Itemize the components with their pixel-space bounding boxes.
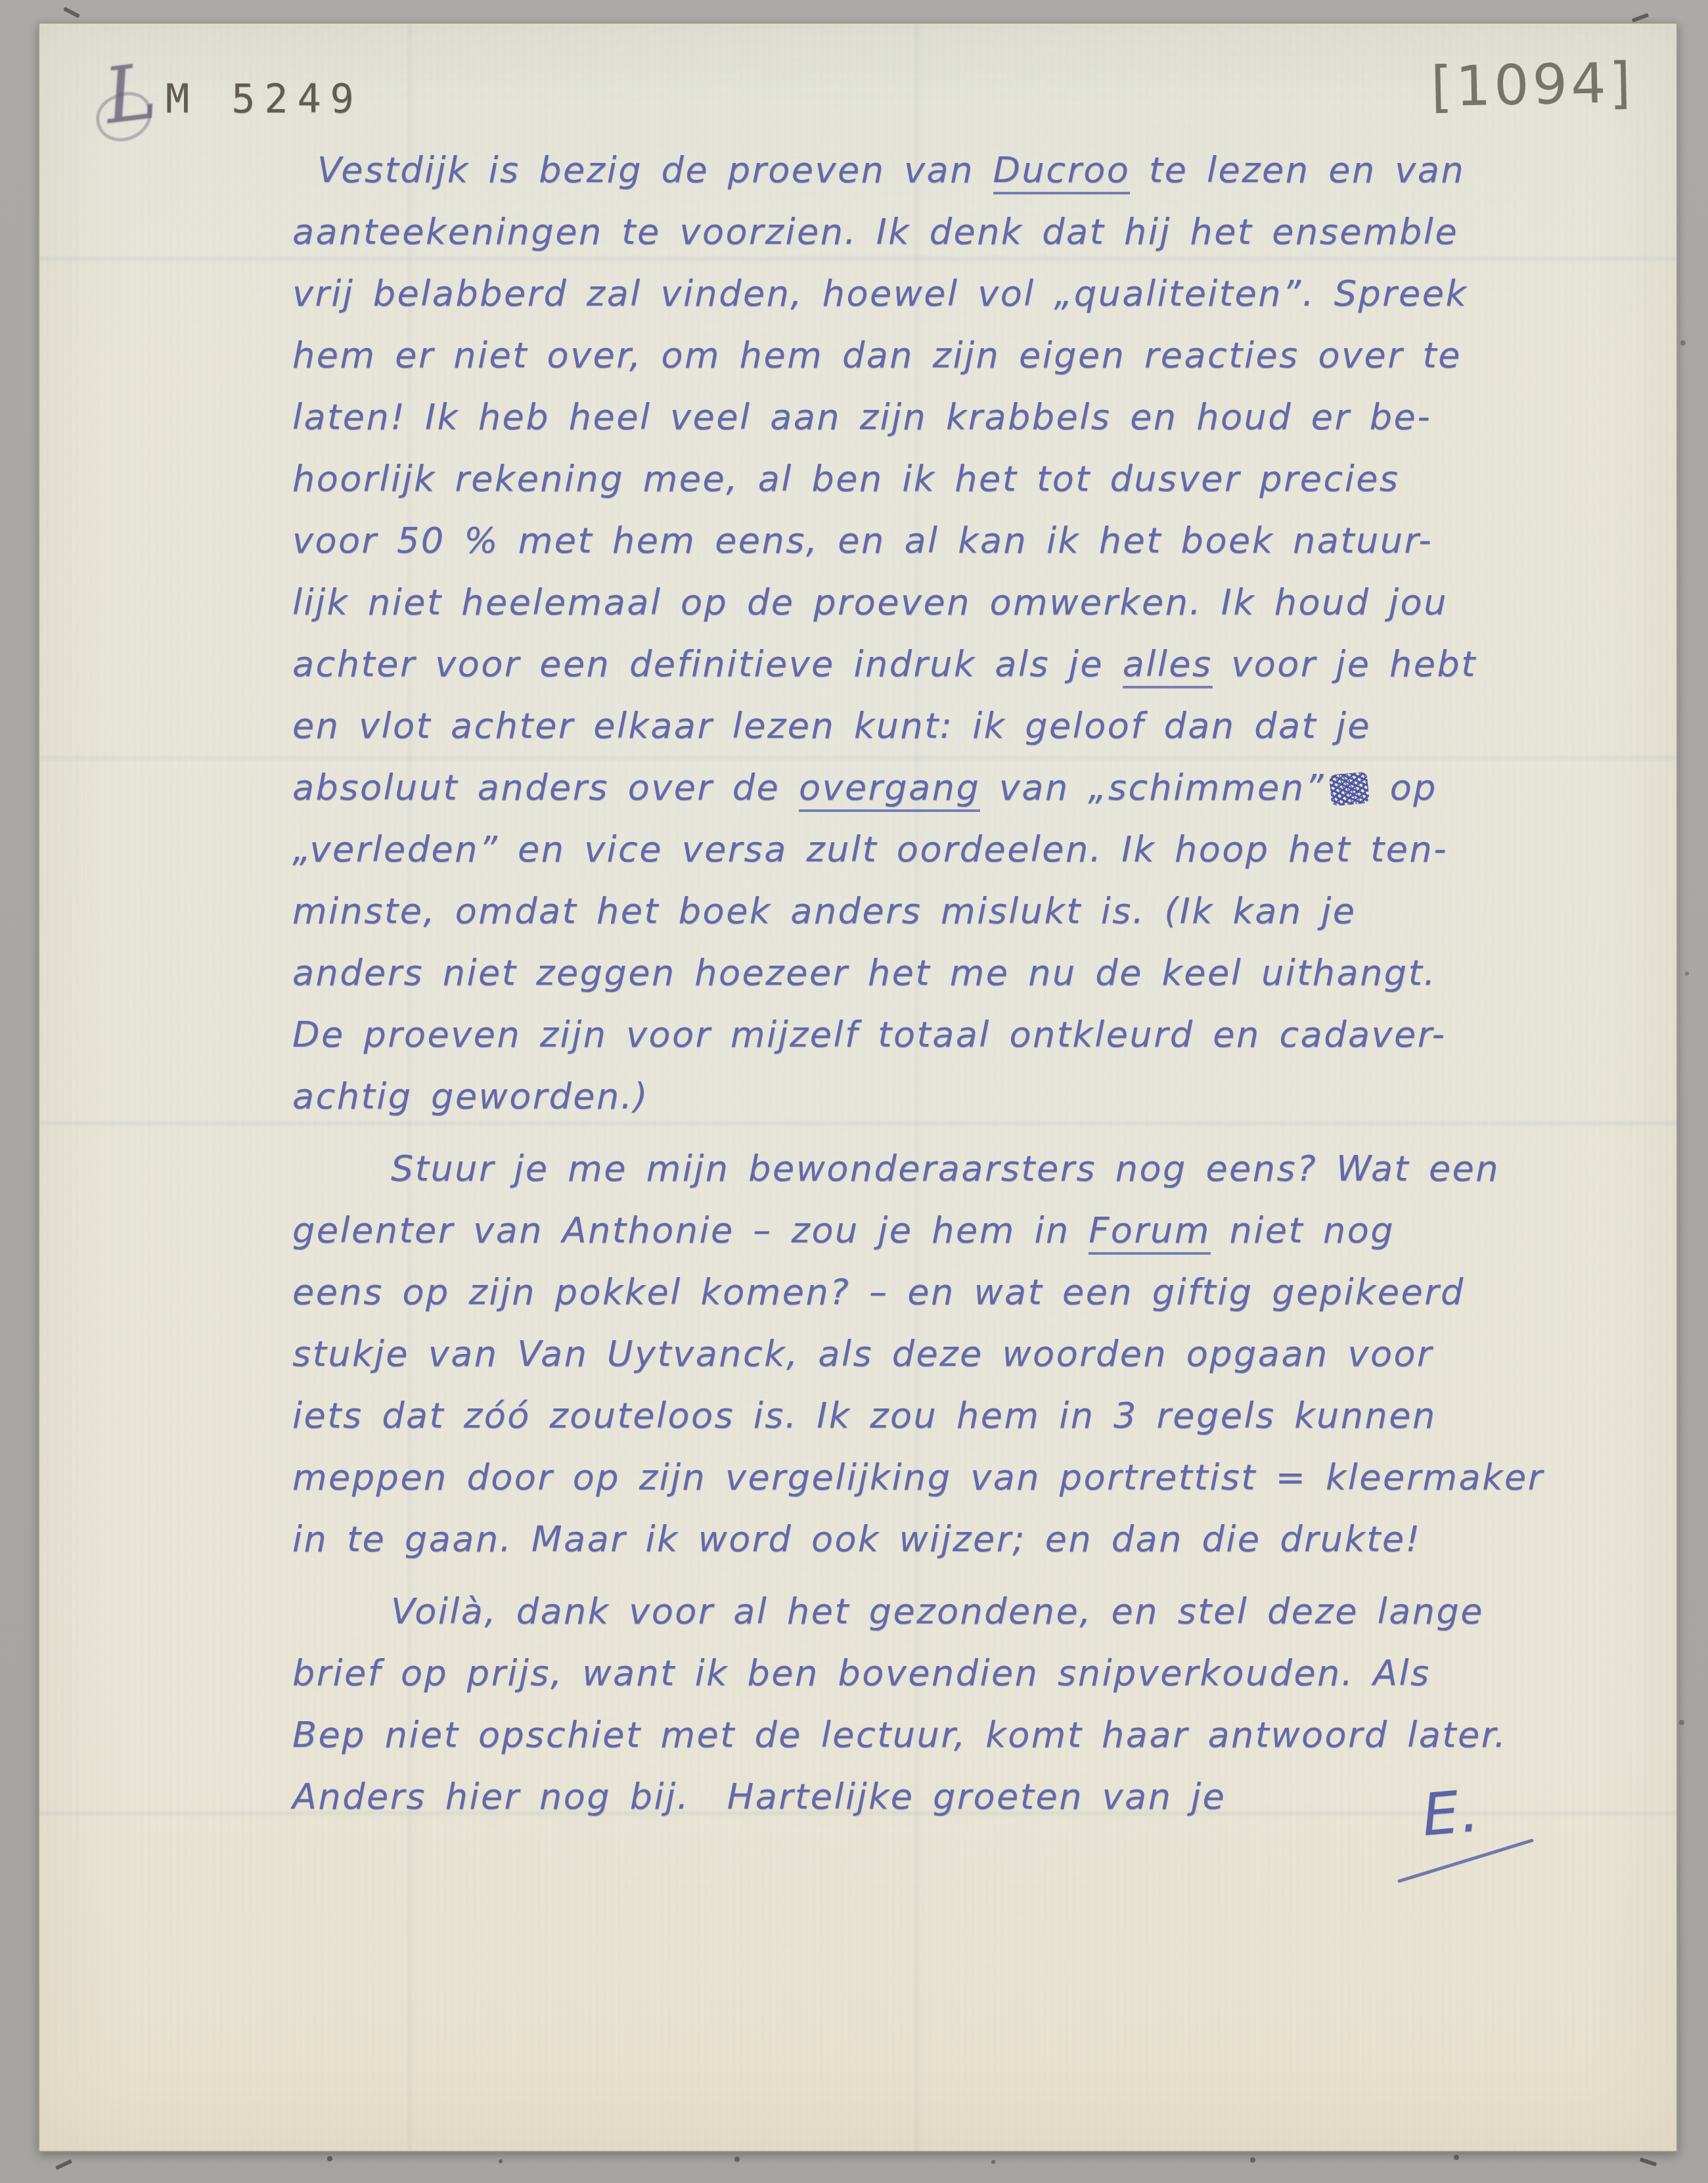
text-segment: minste, omdat het boek anders mislukt is… (292, 890, 1357, 932)
text-segment: in te gaan. Maar ik word ook wijzer; en … (292, 1518, 1422, 1560)
letter-line: voor 50 % met hem eens, en al kan ik het… (292, 510, 1646, 572)
letter-line: Vestdijk is bezig de proeven van Ducroo … (292, 139, 1646, 201)
letter-line: Voilà, dank voor al het gezondene, en st… (292, 1581, 1646, 1642)
signature-initial: E. (1420, 1776, 1483, 1849)
letter-line: hem er niet over, om hem dan zijn eigen … (292, 325, 1646, 386)
letter-line: laten! Ik heb heel veel aan zijn krabbel… (292, 386, 1646, 448)
text-segment: niet nog (1211, 1209, 1395, 1251)
text-segment: „verleden” en vice versa zult oordeelen.… (292, 828, 1448, 870)
text-segment: achter voor een definitieve indruk als j… (292, 643, 1123, 685)
letter-line: vrij belabberd zal vinden, hoewel vol „q… (292, 263, 1646, 325)
dust-specks (0, 0, 3, 3)
text-segment: aanteekeningen te voorzien. Ik denk dat … (292, 211, 1458, 252)
letter-line: achter voor een definitieve indruk als j… (292, 633, 1646, 695)
letter-paragraph: Stuur je me mijn bewonderaarsters nog ee… (292, 1138, 1646, 1570)
letter-line: en vlot achter elkaar lezen kunt: ik gel… (292, 695, 1646, 757)
underlined-word: Forum (1089, 1209, 1211, 1255)
underlined-word: Ducroo (993, 149, 1131, 194)
text-segment: op (1371, 767, 1437, 808)
archive-number-stamp: M 5249 (166, 76, 363, 122)
text-segment: Voilà, dank voor al het gezondene, en st… (391, 1590, 1484, 1632)
text-segment: eens op zijn pokkel komen? – en wat een … (292, 1271, 1465, 1313)
letter-line: minste, omdat het boek anders mislukt is… (292, 880, 1646, 942)
letter-line: Bep niet opschiet met de lectuur, komt h… (292, 1704, 1646, 1766)
letter-line: „verleden” en vice versa zult oordeelen.… (292, 819, 1646, 880)
text-segment: hoorlijk rekening mee, al ben ik het tot… (292, 458, 1400, 499)
letter-paragraph: Vestdijk is bezig de proeven van Ducroo … (292, 139, 1646, 1127)
letter-body: Vestdijk is bezig de proeven van Ducroo … (292, 139, 1646, 1828)
text-segment: Vestdijk is bezig de proeven van (317, 149, 993, 191)
corner-mark (55, 2159, 72, 2170)
text-segment: gelenter van Anthonie – zou je hem in (292, 1209, 1089, 1251)
corner-mark (1640, 2157, 1657, 2167)
letter-line: brief op prijs, want ik ben bovendien sn… (292, 1642, 1646, 1704)
letter-line: anders niet zeggen hoezeer het me nu de … (292, 942, 1646, 1004)
text-segment: De proeven zijn voor mijzelf totaal ontk… (292, 1014, 1446, 1055)
letter-line: lijk niet heelemaal op de proeven omwerk… (292, 572, 1646, 633)
text-segment: te lezen en van (1130, 149, 1465, 191)
letter-line: eens op zijn pokkel komen? – en wat een … (292, 1261, 1646, 1323)
archive-stamp: L M 5249 (105, 56, 156, 133)
letter-line: meppen door op zijn vergelijking van por… (292, 1447, 1646, 1508)
letter-line: in te gaan. Maar ik word ook wijzer; en … (292, 1508, 1646, 1570)
corner-mark (1632, 13, 1649, 23)
letter-line: iets dat zóó zouteloos is. Ik zou hem in… (292, 1385, 1646, 1447)
text-segment: laten! Ik heb heel veel aan zijn krabbel… (292, 396, 1431, 438)
letter-line: aanteekeningen te voorzien. Ik denk dat … (292, 201, 1646, 263)
letter-line: gelenter van Anthonie – zou je hem in Fo… (292, 1200, 1646, 1261)
text-segment: meppen door op zijn vergelijking van por… (292, 1456, 1544, 1498)
text-segment: Bep niet opschiet met de lectuur, komt h… (292, 1714, 1507, 1755)
underlined-word: alles (1123, 643, 1213, 688)
text-segment: vrij belabberd zal vinden, hoewel vol „q… (292, 273, 1468, 314)
text-segment: lijk niet heelemaal op de proeven omwerk… (292, 581, 1448, 623)
text-segment: anders niet zeggen hoezeer het me nu de … (292, 952, 1437, 993)
text-segment: achtig geworden.) (292, 1075, 649, 1117)
signature: E. (1422, 1779, 1480, 1847)
text-segment: Stuur je me mijn bewonderaarsters nog ee… (391, 1148, 1500, 1189)
letter-line: achtig geworden.) (292, 1066, 1646, 1127)
document-scan: L M 5249 [1094] Vestdijk is bezig de pro… (0, 0, 1708, 2183)
corner-mark (63, 7, 80, 18)
letter-line: absoluut anders over de overgang van „sc… (292, 757, 1646, 819)
text-segment: hem er niet over, om hem dan zijn eigen … (292, 334, 1462, 376)
text-segment: brief op prijs, want ik ben bovendien sn… (292, 1652, 1431, 1694)
text-segment: en vlot achter elkaar lezen kunt: ik gel… (292, 705, 1371, 746)
underlined-word: overgang (799, 767, 980, 812)
letter-line: stukje van Van Uytvanck, als deze woorde… (292, 1323, 1646, 1385)
text-segment: Anders hier nog bij. Hartelijke groeten … (292, 1776, 1226, 1817)
letter-page: L M 5249 [1094] Vestdijk is bezig de pro… (38, 22, 1678, 2152)
letter-line: De proeven zijn voor mijzelf totaal ontk… (292, 1004, 1646, 1066)
archivist-page-number: [1094] (1430, 51, 1634, 119)
text-segment: van „schimmen” (980, 767, 1325, 808)
text-segment: stukje van Van Uytvanck, als deze woorde… (292, 1333, 1433, 1374)
text-segment: iets dat zóó zouteloos is. Ik zou hem in… (292, 1395, 1437, 1436)
letter-line: hoorlijk rekening mee, al ben ik het tot… (292, 448, 1646, 510)
ink-scribble (1329, 772, 1370, 807)
text-segment: absoluut anders over de (292, 767, 799, 808)
text-segment: voor 50 % met hem eens, en al kan ik het… (292, 520, 1433, 561)
text-segment: voor je hebt (1213, 643, 1477, 685)
letter-line: Stuur je me mijn bewonderaarsters nog ee… (292, 1138, 1646, 1200)
